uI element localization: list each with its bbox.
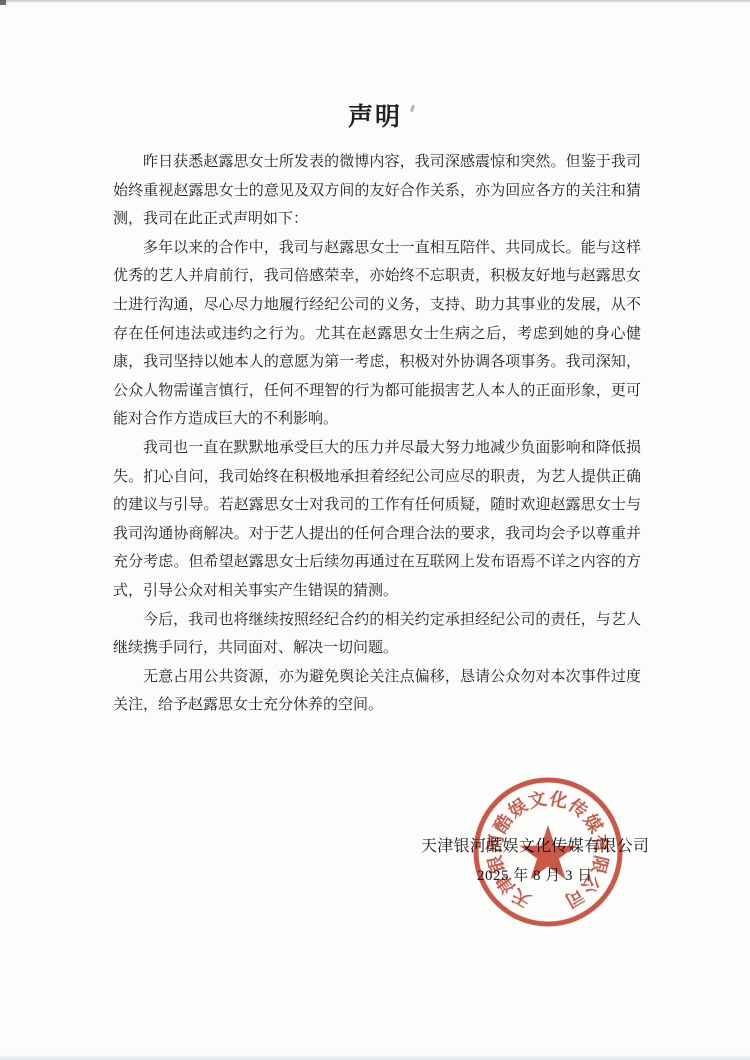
- statement-page: 声明 昨日获悉赵露思女士所发表的微博内容，我司深感震惊和突然。但鉴于我司始终重视…: [0, 0, 750, 1060]
- scan-artifact-bottom-edge: [0, 1055, 750, 1060]
- statement-paragraph-1: 昨日获悉赵露思女士所发表的微博内容，我司深感震惊和突然。但鉴于我司始终重视赵露思…: [113, 148, 641, 234]
- scan-artifact-corner-mark: [0, 0, 6, 5]
- scan-artifact-top-edge: [0, 0, 750, 3]
- svg-text:化: 化: [547, 788, 570, 811]
- seal-star-icon: [520, 825, 577, 879]
- statement-paragraph-5: 无意占用公共资源，亦为避免舆论关注点偏移，恳请公众勿对本次事件过度关注，给予赵露…: [113, 663, 641, 720]
- svg-text:银: 银: [484, 854, 509, 877]
- statement-body: 昨日获悉赵露思女士所发表的微博内容，我司深感震惊和突然。但鉴于我司始终重视赵露思…: [113, 148, 641, 720]
- svg-text:有: 有: [589, 833, 613, 854]
- statement-paragraph-4: 今后，我司也将继续按照经纪合约的相关约定承担经纪公司的责任，与艺人继续携手同行，…: [113, 606, 641, 663]
- statement-paragraph-2: 多年以来的合作中，我司与赵露思女士一直相互陪伴、共同成长。能与这样优秀的艺人并肩…: [113, 234, 641, 434]
- official-seal: 天津银河酷娱文化传媒有限公司: [468, 772, 628, 932]
- statement-paragraph-3: 我司也一直在默默地承受巨大的压力并尽最大努力地减少负面影响和降低损失。扪心自问，…: [113, 434, 641, 606]
- statement-title: 声明: [0, 97, 750, 133]
- svg-text:文: 文: [526, 787, 548, 811]
- svg-text:河: 河: [484, 833, 507, 854]
